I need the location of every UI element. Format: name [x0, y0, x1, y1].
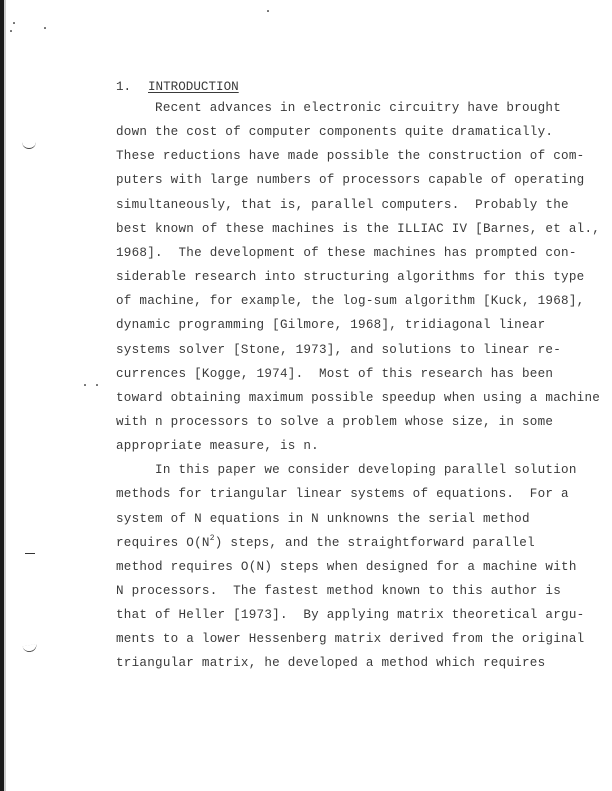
- text-line: down the cost of computer components qui…: [116, 125, 553, 139]
- scan-speck: [84, 384, 86, 386]
- scan-speck: [267, 10, 269, 12]
- text-line: In this paper we consider developing par…: [116, 463, 577, 477]
- text-line: that of Heller [1973]. By applying matri…: [116, 608, 584, 622]
- section-title: INTRODUCTION: [148, 80, 239, 94]
- text-segment: requires O(N: [116, 536, 210, 550]
- text-line: siderable research into structuring algo…: [116, 270, 584, 284]
- text-line: system of N equations in N unknowns the …: [116, 512, 530, 526]
- scan-speck: [96, 384, 98, 386]
- margin-mark-curve: [22, 644, 37, 653]
- section-number: 1.: [116, 80, 131, 94]
- text-line: methods for triangular linear systems of…: [116, 487, 569, 501]
- page-left-edge-fade: [4, 0, 6, 791]
- scan-speck: [10, 30, 12, 32]
- text-line: Recent advances in electronic circuitry …: [116, 101, 561, 115]
- text-line: toward obtaining maximum possible speedu…: [116, 391, 600, 405]
- text-line: currences [Kogge, 1974]. Most of this re…: [116, 367, 553, 381]
- text-line: requires O(N2) steps, and the straightfo…: [116, 536, 535, 550]
- text-line: dynamic programming [Gilmore, 1968], tri…: [116, 318, 545, 332]
- text-line: systems solver [Stone, 1973], and soluti…: [116, 343, 561, 357]
- text-line: method requires O(N) steps when designed…: [116, 560, 577, 574]
- text-line: 1968]. The development of these machines…: [116, 246, 577, 260]
- text-line: ments to a lower Hessenberg matrix deriv…: [116, 632, 584, 646]
- text-line: triangular matrix, he developed a method…: [116, 656, 545, 670]
- text-line: with n processors to solve a problem who…: [116, 415, 553, 429]
- text-line: puters with large numbers of processors …: [116, 173, 584, 187]
- text-line: best known of these machines is the ILLI…: [116, 222, 600, 236]
- text-line: N processors. The fastest method known t…: [116, 584, 561, 598]
- text-line: of machine, for example, the log-sum alg…: [116, 294, 584, 308]
- margin-mark-dash: [25, 553, 35, 554]
- scan-speck: [44, 27, 46, 29]
- scan-speck: [13, 22, 15, 24]
- text-line: appropriate measure, is n.: [116, 439, 319, 453]
- text-line: simultaneously, that is, parallel comput…: [116, 198, 569, 212]
- margin-mark-curve: [22, 142, 36, 149]
- text-segment: ) steps, and the straightforward paralle…: [215, 536, 535, 550]
- text-line: These reductions have made possible the …: [116, 149, 584, 163]
- section-heading: 1. INTRODUCTION: [116, 80, 416, 96]
